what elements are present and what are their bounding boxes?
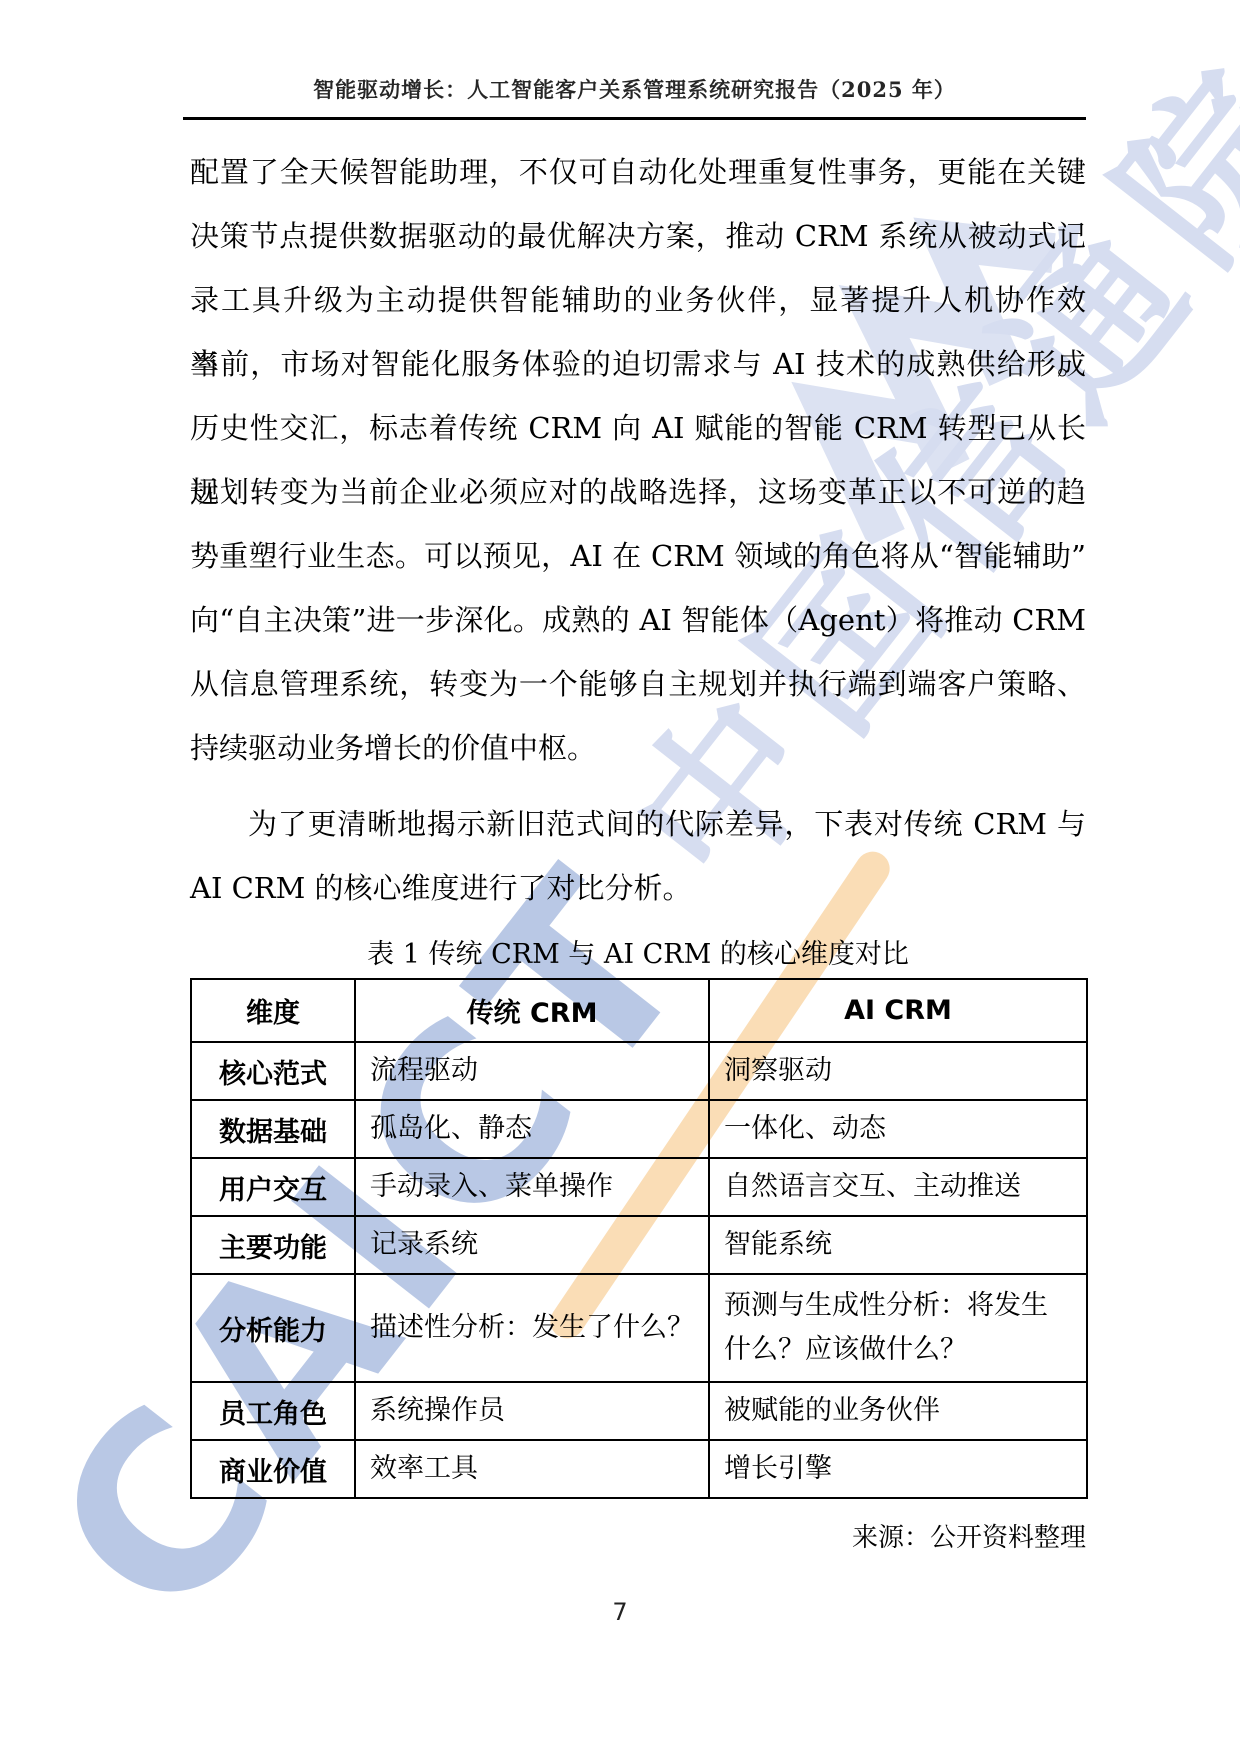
table-row: 核心范式 流程驱动 洞察驱动: [191, 1042, 1087, 1100]
table-source-note: 来源：公开资料整理: [190, 1517, 1090, 1554]
row-label: 商业价值: [191, 1440, 355, 1498]
paragraph-line: 为了更清晰地揭示新旧范式间的代际差异，下表对传统 CRM 与: [190, 792, 1086, 856]
table-header-row: 维度 传统 CRM AI CRM: [191, 979, 1087, 1042]
document-page: 智能驱动增长：人工智能客户关系管理系统研究报告（2025 年） 配置了全天候智能…: [0, 0, 1240, 1754]
paragraph-line: AI CRM 的核心维度进行了对比分析。: [190, 856, 1086, 920]
traditional-crm-value: 系统操作员: [355, 1382, 709, 1440]
ai-crm-value: 智能系统: [709, 1216, 1087, 1274]
paragraph-line: 录工具升级为主动提供智能辅助的业务伙伴，显著提升人机协作效率。: [190, 268, 1086, 332]
row-label: 核心范式: [191, 1042, 355, 1100]
traditional-crm-value: 孤岛化、静态: [355, 1100, 709, 1158]
table-row: 数据基础 孤岛化、静态 一体化、动态: [191, 1100, 1087, 1158]
ai-crm-value: 增长引擎: [709, 1440, 1087, 1498]
header-cell-ai-crm: AI CRM: [709, 979, 1087, 1042]
table-row: 员工角色 系统操作员 被赋能的业务伙伴: [191, 1382, 1087, 1440]
paragraph-line: 势重塑行业生态。可以预见，AI 在 CRM 领域的角色将从“智能辅助”: [190, 524, 1086, 588]
ai-crm-value: 洞察驱动: [709, 1042, 1087, 1100]
header-cell-dimension: 维度: [191, 979, 355, 1042]
ai-crm-value: 预测与生成性分析：将发生什么？应该做什么？: [709, 1274, 1087, 1382]
ai-crm-value: 被赋能的业务伙伴: [709, 1382, 1087, 1440]
traditional-crm-value: 记录系统: [355, 1216, 709, 1274]
row-label: 主要功能: [191, 1216, 355, 1274]
paragraph-line: 决策节点提供数据驱动的最优解决方案，推动 CRM 系统从被动式记: [190, 204, 1086, 268]
paragraph-line: 规划转变为当前企业必须应对的战略选择，这场变革正以不可逆的趋: [190, 460, 1086, 524]
traditional-crm-value: 效率工具: [355, 1440, 709, 1498]
page-header-title: 智能驱动增长：人工智能客户关系管理系统研究报告（2025 年）: [183, 74, 1086, 104]
paragraph-line: 持续驱动业务增长的价值中枢。: [190, 716, 1086, 780]
page-number: 7: [0, 1598, 1240, 1626]
traditional-crm-value: 描述性分析：发生了什么？: [355, 1274, 709, 1382]
paragraph-line: 历史性交汇，标志着传统 CRM 向 AI 赋能的智能 CRM 转型已从长远: [190, 396, 1086, 460]
table-row: 主要功能 记录系统 智能系统: [191, 1216, 1087, 1274]
traditional-crm-value: 流程驱动: [355, 1042, 709, 1100]
table-row: 商业价值 效率工具 增长引擎: [191, 1440, 1087, 1498]
ai-crm-value: 一体化、动态: [709, 1100, 1087, 1158]
crm-comparison-table: 维度 传统 CRM AI CRM 核心范式 流程驱动 洞察驱动 数据基础 孤岛化…: [190, 978, 1088, 1499]
row-label: 员工角色: [191, 1382, 355, 1440]
ai-crm-value: 自然语言交互、主动推送: [709, 1158, 1087, 1216]
table-caption: 表 1 传统 CRM 与 AI CRM 的核心维度对比: [190, 932, 1086, 978]
row-label: 用户交互: [191, 1158, 355, 1216]
paragraph-line: 从信息管理系统，转变为一个能够自主规划并执行端到端客户策略、: [190, 652, 1086, 716]
header-rule: [183, 117, 1086, 120]
header-cell-traditional-crm: 传统 CRM: [355, 979, 709, 1042]
body-text-block: 配置了全天候智能助理，不仅可自动化处理重复性事务，更能在关键 决策节点提供数据驱…: [190, 140, 1086, 1554]
row-label: 数据基础: [191, 1100, 355, 1158]
traditional-crm-value: 手动录入、菜单操作: [355, 1158, 709, 1216]
paragraph-line: 配置了全天候智能助理，不仅可自动化处理重复性事务，更能在关键: [190, 140, 1086, 204]
table-row: 分析能力 描述性分析：发生了什么？ 预测与生成性分析：将发生什么？应该做什么？: [191, 1274, 1087, 1382]
paragraph-line: 向“自主决策”进一步深化。成熟的 AI 智能体（Agent）将推动 CRM: [190, 588, 1086, 652]
row-label: 分析能力: [191, 1274, 355, 1382]
paragraph-line: 当前，市场对智能化服务体验的迫切需求与 AI 技术的成熟供给形成: [190, 332, 1086, 396]
table-row: 用户交互 手动录入、菜单操作 自然语言交互、主动推送: [191, 1158, 1087, 1216]
